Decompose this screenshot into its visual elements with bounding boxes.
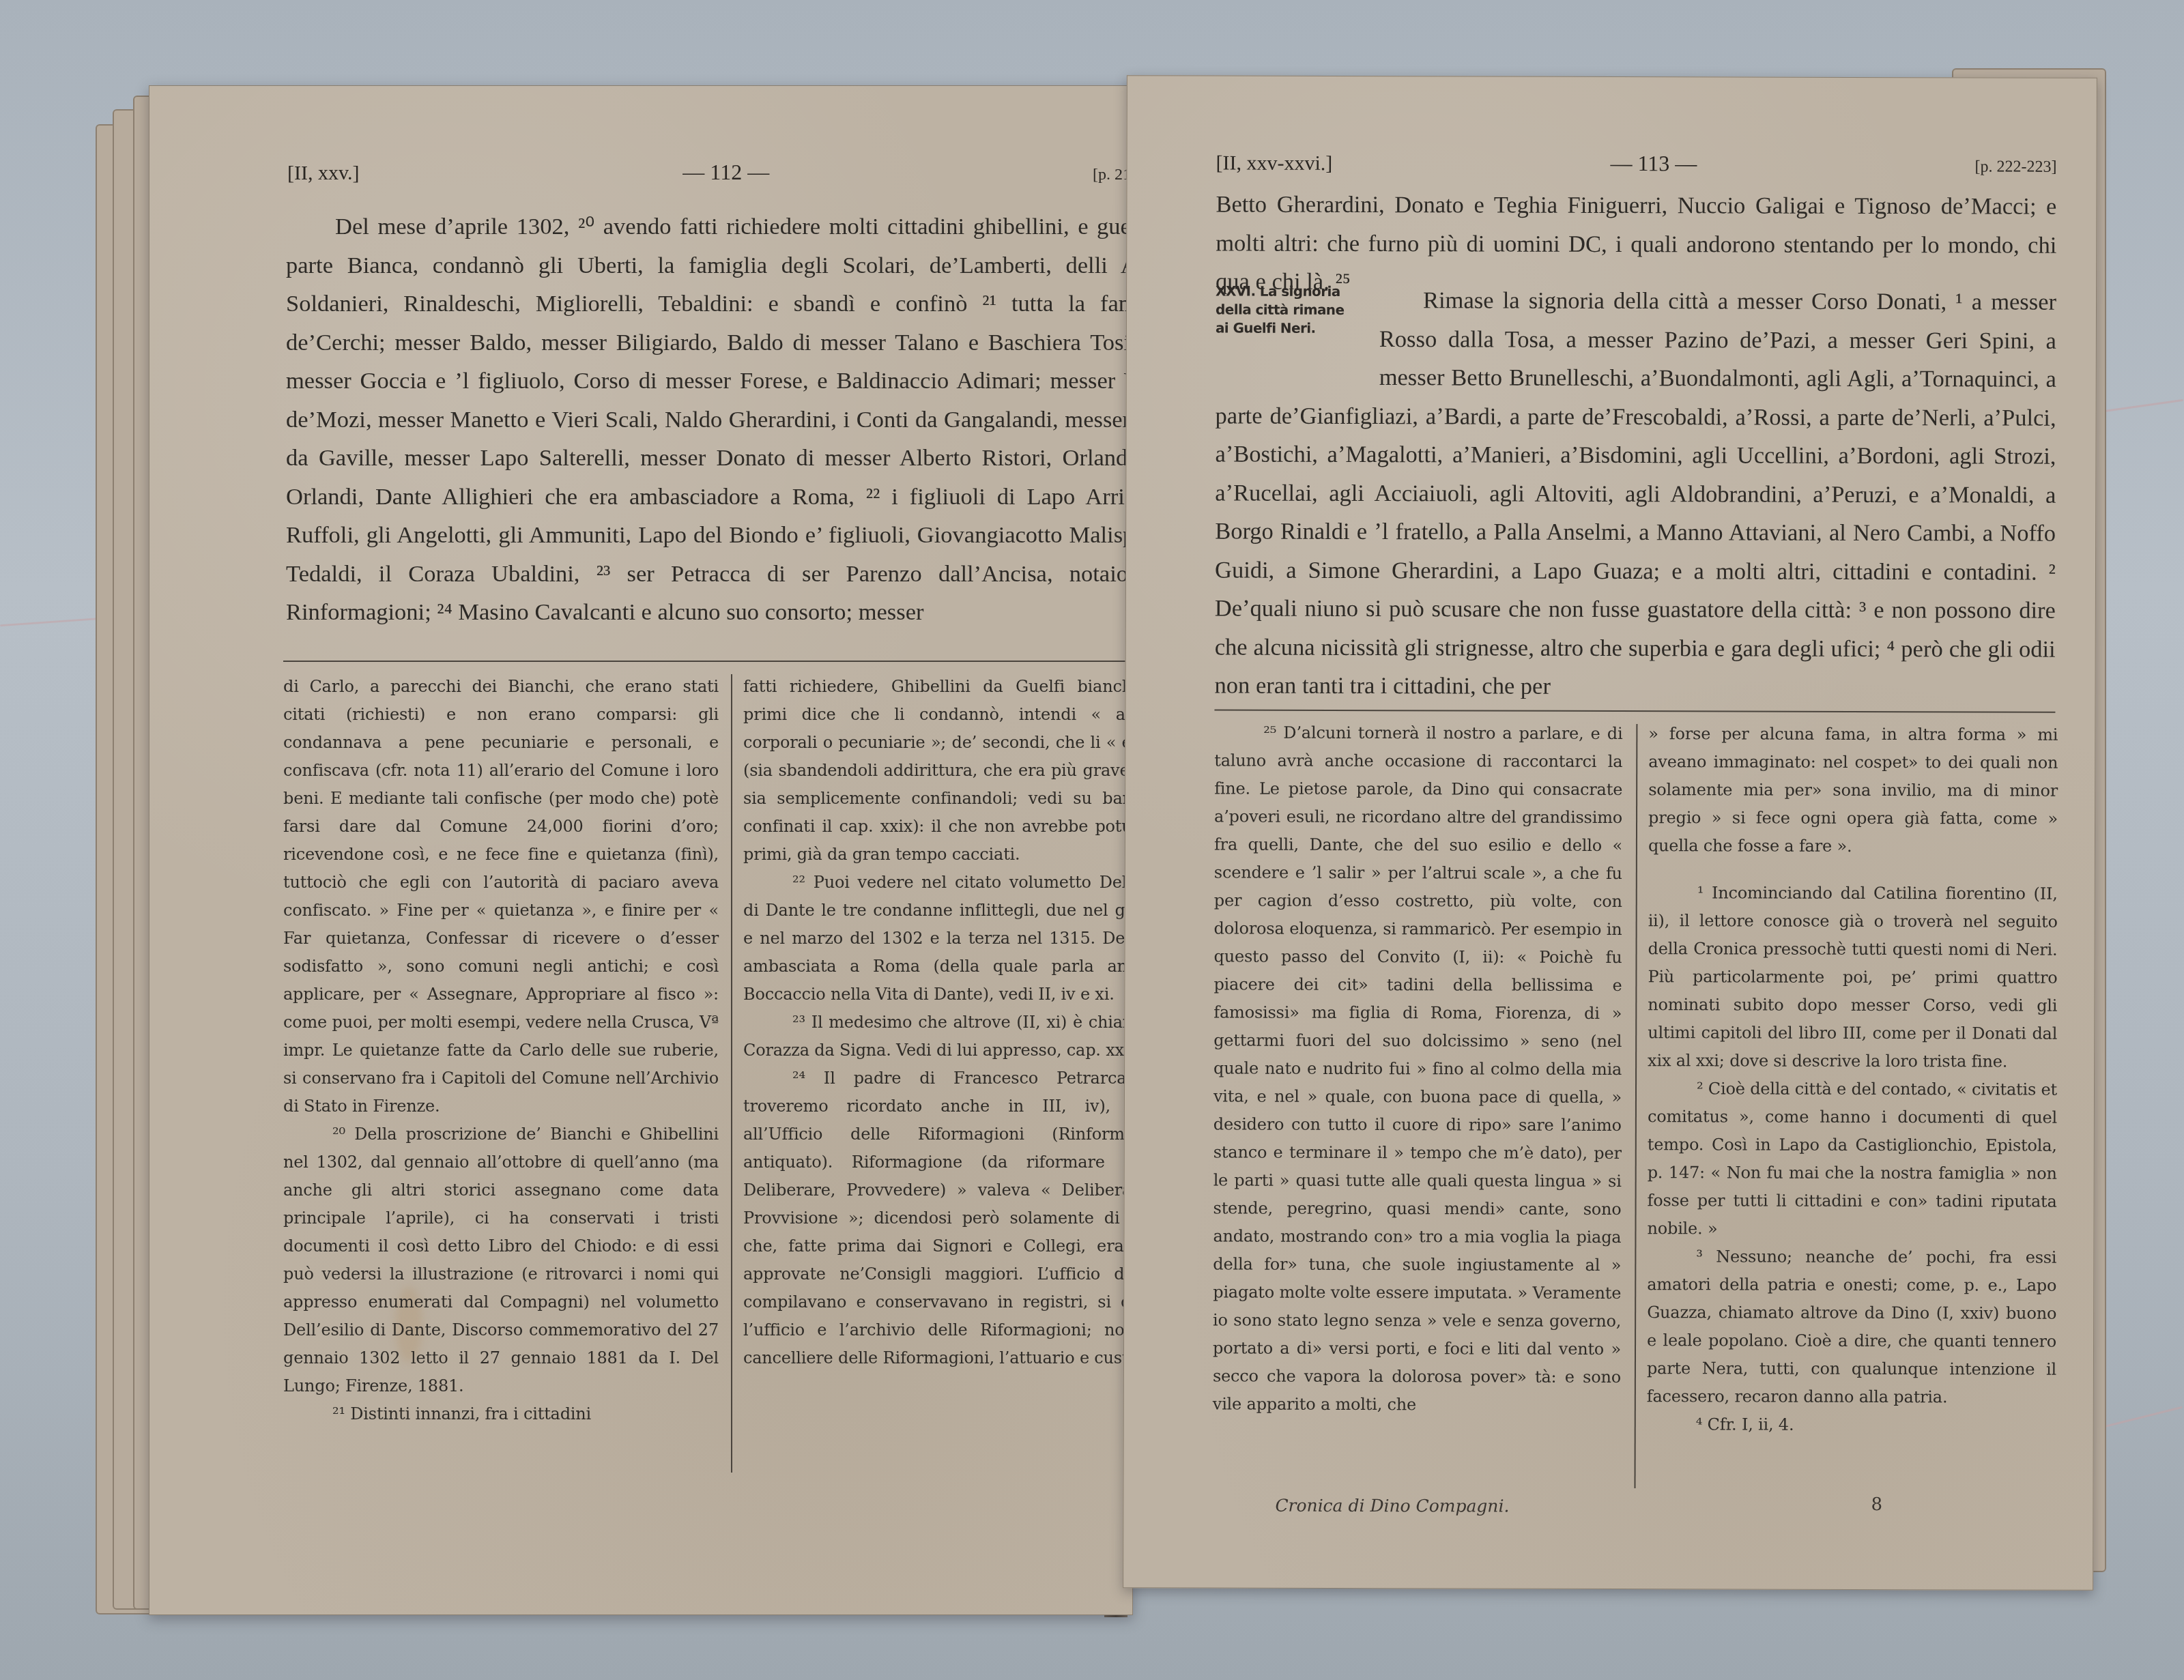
source-page-reference: [p. 222-223]: [1975, 158, 2057, 176]
footnote-21-continuation: fatti richiedere, Ghibellini da Guelfi b…: [743, 673, 1180, 869]
footnote-1: ¹ Incominciando dal Catilina fiorentino …: [1648, 879, 2058, 1076]
chapter-reference: [II, xxv-xxvi.]: [1216, 151, 1333, 175]
sidenote-spacer: [1216, 280, 1379, 390]
main-text: Del mese d’aprile 1302, ²⁰ avendo fatti …: [286, 207, 1179, 632]
footnote-2: ² Cioè della città e del contado, « civi…: [1647, 1075, 2057, 1244]
footnote-continuation: di Carlo, a parecchi dei Bianchi, che er…: [283, 673, 719, 1120]
footnotes-column-1: ²⁵ D’alcuni tornerà il nostro a parlare,…: [1213, 719, 1623, 1419]
footnote-20: ²⁰ Della proscrizione de’ Bianchi e Ghib…: [283, 1120, 719, 1400]
chapter-xxvi-paragraph: Rimase la signoria della città a messer …: [1214, 280, 2056, 707]
footnotes-column-1: di Carlo, a parecchi dei Bianchi, che er…: [283, 673, 719, 1428]
footnote-column-divider: [1634, 724, 1637, 1488]
main-paragraph: Del mese d’aprile 1302, ²⁰ avendo fatti …: [286, 207, 1179, 632]
running-head: [II, xxv-xxvi.] — 113 — [p. 222-223]: [1216, 149, 2057, 177]
footnote-25: ²⁵ D’alcuni tornerà il nostro a parlare,…: [1213, 719, 1623, 1419]
running-head: [II, xxv.] — 112 — [p. 219-222]: [287, 160, 1175, 185]
footnote-separator: [283, 661, 1181, 662]
footnote-24: ²⁴ Il padre di Francesco Petrarca (che t…: [743, 1065, 1180, 1372]
left-page: [II, xxv.] — 112 — [p. 219-222] Del mese…: [149, 85, 1133, 1615]
signature-mark: 8: [1871, 1494, 1882, 1515]
book-title-footer: Cronica di Dino Compagni.: [1275, 1496, 1509, 1516]
background-streak: [0, 618, 102, 626]
footnotes-column-2: fatti richiedere, Ghibellini da Guelfi b…: [743, 673, 1180, 1372]
footnote-22: ²² Puoi vedere nel citato volumetto Dell…: [743, 869, 1180, 1009]
page-number: — 113 —: [1611, 151, 1697, 176]
footnote-separator: [1214, 709, 2055, 712]
chapter-xxvi-text: Rimase la signoria della città a messer …: [1214, 280, 2056, 707]
footnote-23: ²³ Il medesimo che altrove (II, xi) è ch…: [743, 1009, 1180, 1065]
footnote-25-continuation: » forse per alcuna fama, in altra forma …: [1648, 720, 2058, 861]
footnote-3: ³ Nessuno; neanche de’ pochi, fra essi a…: [1647, 1243, 2057, 1412]
page-number: — 112 —: [682, 160, 769, 185]
right-page: [II, xxv-xxvi.] — 113 — [p. 222-223] Bet…: [1123, 75, 2097, 1591]
footnote-21: ²¹ Distinti innanzi, fra i cittadini: [283, 1400, 719, 1428]
footnote-column-divider: [731, 674, 732, 1473]
footnote-4: ⁴ Cfr. I, ii, 4.: [1647, 1410, 2056, 1440]
chapter-reference: [II, xxv.]: [287, 162, 360, 185]
footnotes-column-2: » forse per alcuna fama, in altra forma …: [1647, 720, 2058, 1440]
